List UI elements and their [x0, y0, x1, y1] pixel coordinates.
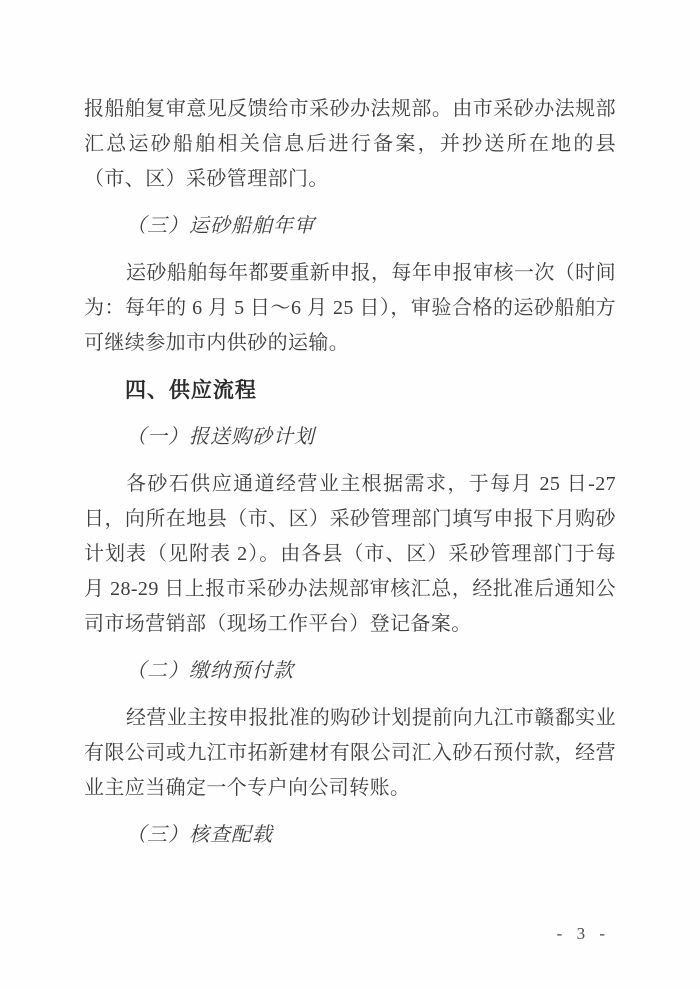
document-content: 报船舶复审意见反馈给市采砂办法规部。由市采砂办法规部汇总运砂船舶相关信息后进行备…: [84, 92, 616, 865]
subsection-heading: （三）核查配载: [84, 818, 616, 853]
body-paragraph: 经营业主按申报批准的购砂计划提前向九江市赣鄱实业有限公司或九江市拓新建材有限公司…: [84, 701, 616, 806]
document-page: 报船舶复审意见反馈给市采砂办法规部。由市采砂办法规部汇总运砂船舶相关信息后进行备…: [0, 0, 700, 989]
body-paragraph: 运砂船舶每年都要重新申报，每年申报审核一次（时间为：每年的 6 月 5 日～6 …: [84, 256, 616, 361]
section-heading: 四、供应流程: [84, 373, 616, 408]
subsection-heading: （一）报送购砂计划: [84, 420, 616, 455]
body-paragraph: 各砂石供应通道经营业主根据需求，于每月 25 日-27 日，向所在地县（市、区）…: [84, 467, 616, 642]
page-number: - 3 -: [557, 924, 610, 944]
subsection-heading: （三）运砂船舶年审: [84, 209, 616, 244]
body-paragraph-continuation: 报船舶复审意见反馈给市采砂办法规部。由市采砂办法规部汇总运砂船舶相关信息后进行备…: [84, 92, 616, 197]
subsection-heading: （二）缴纳预付款: [84, 654, 616, 689]
